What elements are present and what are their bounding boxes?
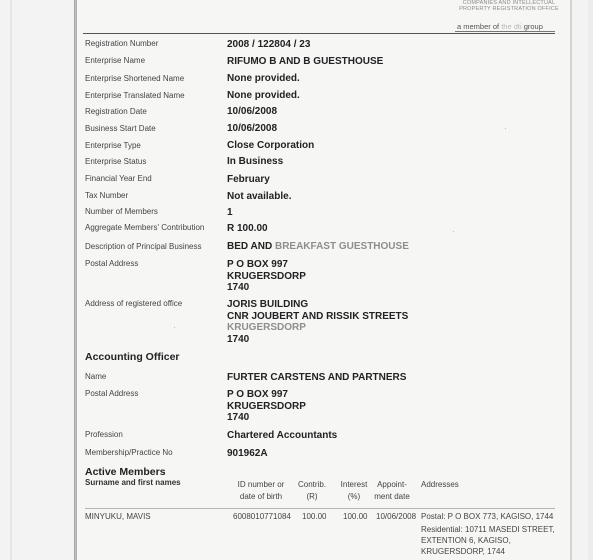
column-header-id-line1: ID number or (232, 479, 290, 491)
postal-line: KRUGERSDORP (227, 271, 306, 283)
field-label-enterprise-name: Enterprise Name (85, 56, 145, 65)
tagline-prefix: a member of (457, 22, 501, 31)
right-margin-line (570, 0, 572, 560)
office-line: 1740 (227, 334, 408, 346)
column-header-contrib-line1: Contrib. (293, 479, 331, 491)
column-header-id-line2: date of birth (232, 491, 290, 503)
field-label-tax-number: Tax Number (85, 191, 128, 200)
field-value-ao-name: FURTER CARSTENS AND PARTNERS (227, 372, 406, 384)
residential-line: EXTENTION 6, KAGISO, (421, 535, 555, 546)
binding-line (74, 0, 77, 560)
tagline-brand: the dti (501, 22, 521, 31)
field-value-translated-name: None provided. (227, 90, 300, 102)
principal-business-part2: BREAKFAST GUESTHOUSE (275, 241, 409, 252)
office-line: JORIS BUILDING (227, 299, 408, 311)
field-label-aggregate-contribution: Aggregate Members' Contribution (85, 223, 204, 232)
field-value-enterprise-status: In Business (227, 156, 283, 168)
header-divider (83, 33, 555, 34)
field-value-number-of-members: 1 (227, 207, 233, 219)
field-label-translated-name: Enterprise Translated Name (85, 91, 185, 100)
column-header-appointment: Appoint- ment date (372, 479, 412, 503)
field-value-business-start-date: 10/06/2008 (227, 123, 277, 135)
member-appointment-date: 10/06/2008 (376, 511, 416, 522)
column-header-contrib: Contrib. (R) (293, 479, 331, 503)
ao-postal-line: P O BOX 997 (227, 389, 306, 401)
field-value-registration-date: 10/06/2008 (227, 106, 277, 118)
field-value-postal-address: P O BOX 997 KRUGERSDORP 1740 (227, 259, 306, 294)
member-postal-address: Postal: P O BOX 773, KAGISO, 1744 (421, 511, 553, 522)
field-label-membership-no: Membership/Practice No (85, 448, 173, 457)
member-residential-address: Residential: 10711 MASEDI STREET, EXTENT… (421, 524, 555, 557)
member-id-number: 6008010771084 (233, 511, 291, 522)
ao-postal-line: 1740 (227, 412, 306, 424)
section-title-accounting-officer: Accounting Officer (85, 351, 180, 363)
field-label-registration-date: Registration Date (85, 107, 147, 116)
member-name: MINYUKU, MAVIS (85, 511, 151, 522)
postal-line: 1740 (227, 282, 306, 294)
field-label-enterprise-status: Enterprise Status (85, 157, 146, 166)
page-edge-right (588, 0, 593, 560)
field-label-ao-postal: Postal Address (85, 389, 138, 398)
column-header-addresses: Addresses (421, 479, 459, 491)
office-tagline: a member of the dti group (457, 22, 543, 31)
office-line: CNR JOUBERT AND RISSIK STREETS (227, 311, 408, 323)
field-value-ao-postal: P O BOX 997 KRUGERSDORP 1740 (227, 389, 306, 424)
scan-speck (505, 128, 506, 129)
scan-speck (453, 231, 454, 232)
field-label-enterprise-type: Enterprise Type (85, 141, 141, 150)
scan-speck (174, 327, 175, 328)
field-label-registered-office: Address of registered office (85, 299, 182, 308)
field-value-financial-year-end: February (227, 174, 270, 186)
tagline-suffix: group (522, 22, 543, 31)
field-label-profession: Profession (85, 430, 123, 439)
logo-rule (455, 31, 555, 32)
field-label-shortened-name: Enterprise Shortened Name (85, 74, 184, 83)
column-header-appointment-line2: ment date (372, 491, 412, 503)
column-header-interest-line2: (%) (335, 491, 373, 503)
field-label-postal-address: Postal Address (85, 259, 138, 268)
residential-line: Residential: 10711 MASEDI STREET, (421, 524, 555, 535)
column-header-id: ID number or date of birth (232, 479, 290, 503)
office-line: KRUGERSDORP (227, 322, 408, 334)
member-interest: 100.00 (343, 511, 367, 522)
office-name-line2: PROPERTY REGISTRATION OFFICE (459, 6, 559, 12)
table-header-divider (85, 508, 555, 509)
column-header-appointment-line1: Appoint- (372, 479, 412, 491)
member-contrib: 100.00 (302, 511, 326, 522)
field-label-business-start-date: Business Start Date (85, 124, 156, 133)
field-value-membership-no: 901962A (227, 448, 268, 460)
field-label-ao-name: Name (85, 372, 106, 381)
field-value-shortened-name: None provided. (227, 73, 300, 85)
residential-line: KRUGERSDORP, 1744 (421, 546, 555, 557)
field-value-principal-business: BED AND BREAKFAST GUESTHOUSE (227, 241, 409, 253)
field-value-registration-number: 2008 / 122804 / 23 (227, 39, 310, 51)
column-header-interest-line1: Interest (335, 479, 373, 491)
section-title-active-members: Active Members (85, 466, 166, 478)
page-edge (10, 0, 12, 560)
field-label-registration-number: Registration Number (85, 39, 158, 48)
field-value-aggregate-contribution: R 100.00 (227, 223, 268, 235)
field-value-enterprise-type: Close Corporation (227, 140, 314, 152)
postal-line: P O BOX 997 (227, 259, 306, 271)
field-label-number-of-members: Number of Members (85, 207, 158, 216)
column-header-contrib-line2: (R) (293, 491, 331, 503)
field-value-tax-number: Not available. (227, 191, 291, 203)
field-value-registered-office: JORIS BUILDING CNR JOUBERT AND RISSIK ST… (227, 299, 408, 345)
field-label-principal-business: Description of Principal Business (85, 242, 202, 251)
principal-business-part1: BED AND (227, 241, 275, 252)
column-header-surname: Surname and first names (85, 478, 181, 487)
field-value-profession: Chartered Accountants (227, 430, 337, 442)
ao-postal-line: KRUGERSDORP (227, 401, 306, 413)
column-header-interest: Interest (%) (335, 479, 373, 503)
field-value-enterprise-name: RIFUMO B AND B GUESTHOUSE (227, 56, 383, 68)
field-label-financial-year-end: Financial Year End (85, 174, 152, 183)
